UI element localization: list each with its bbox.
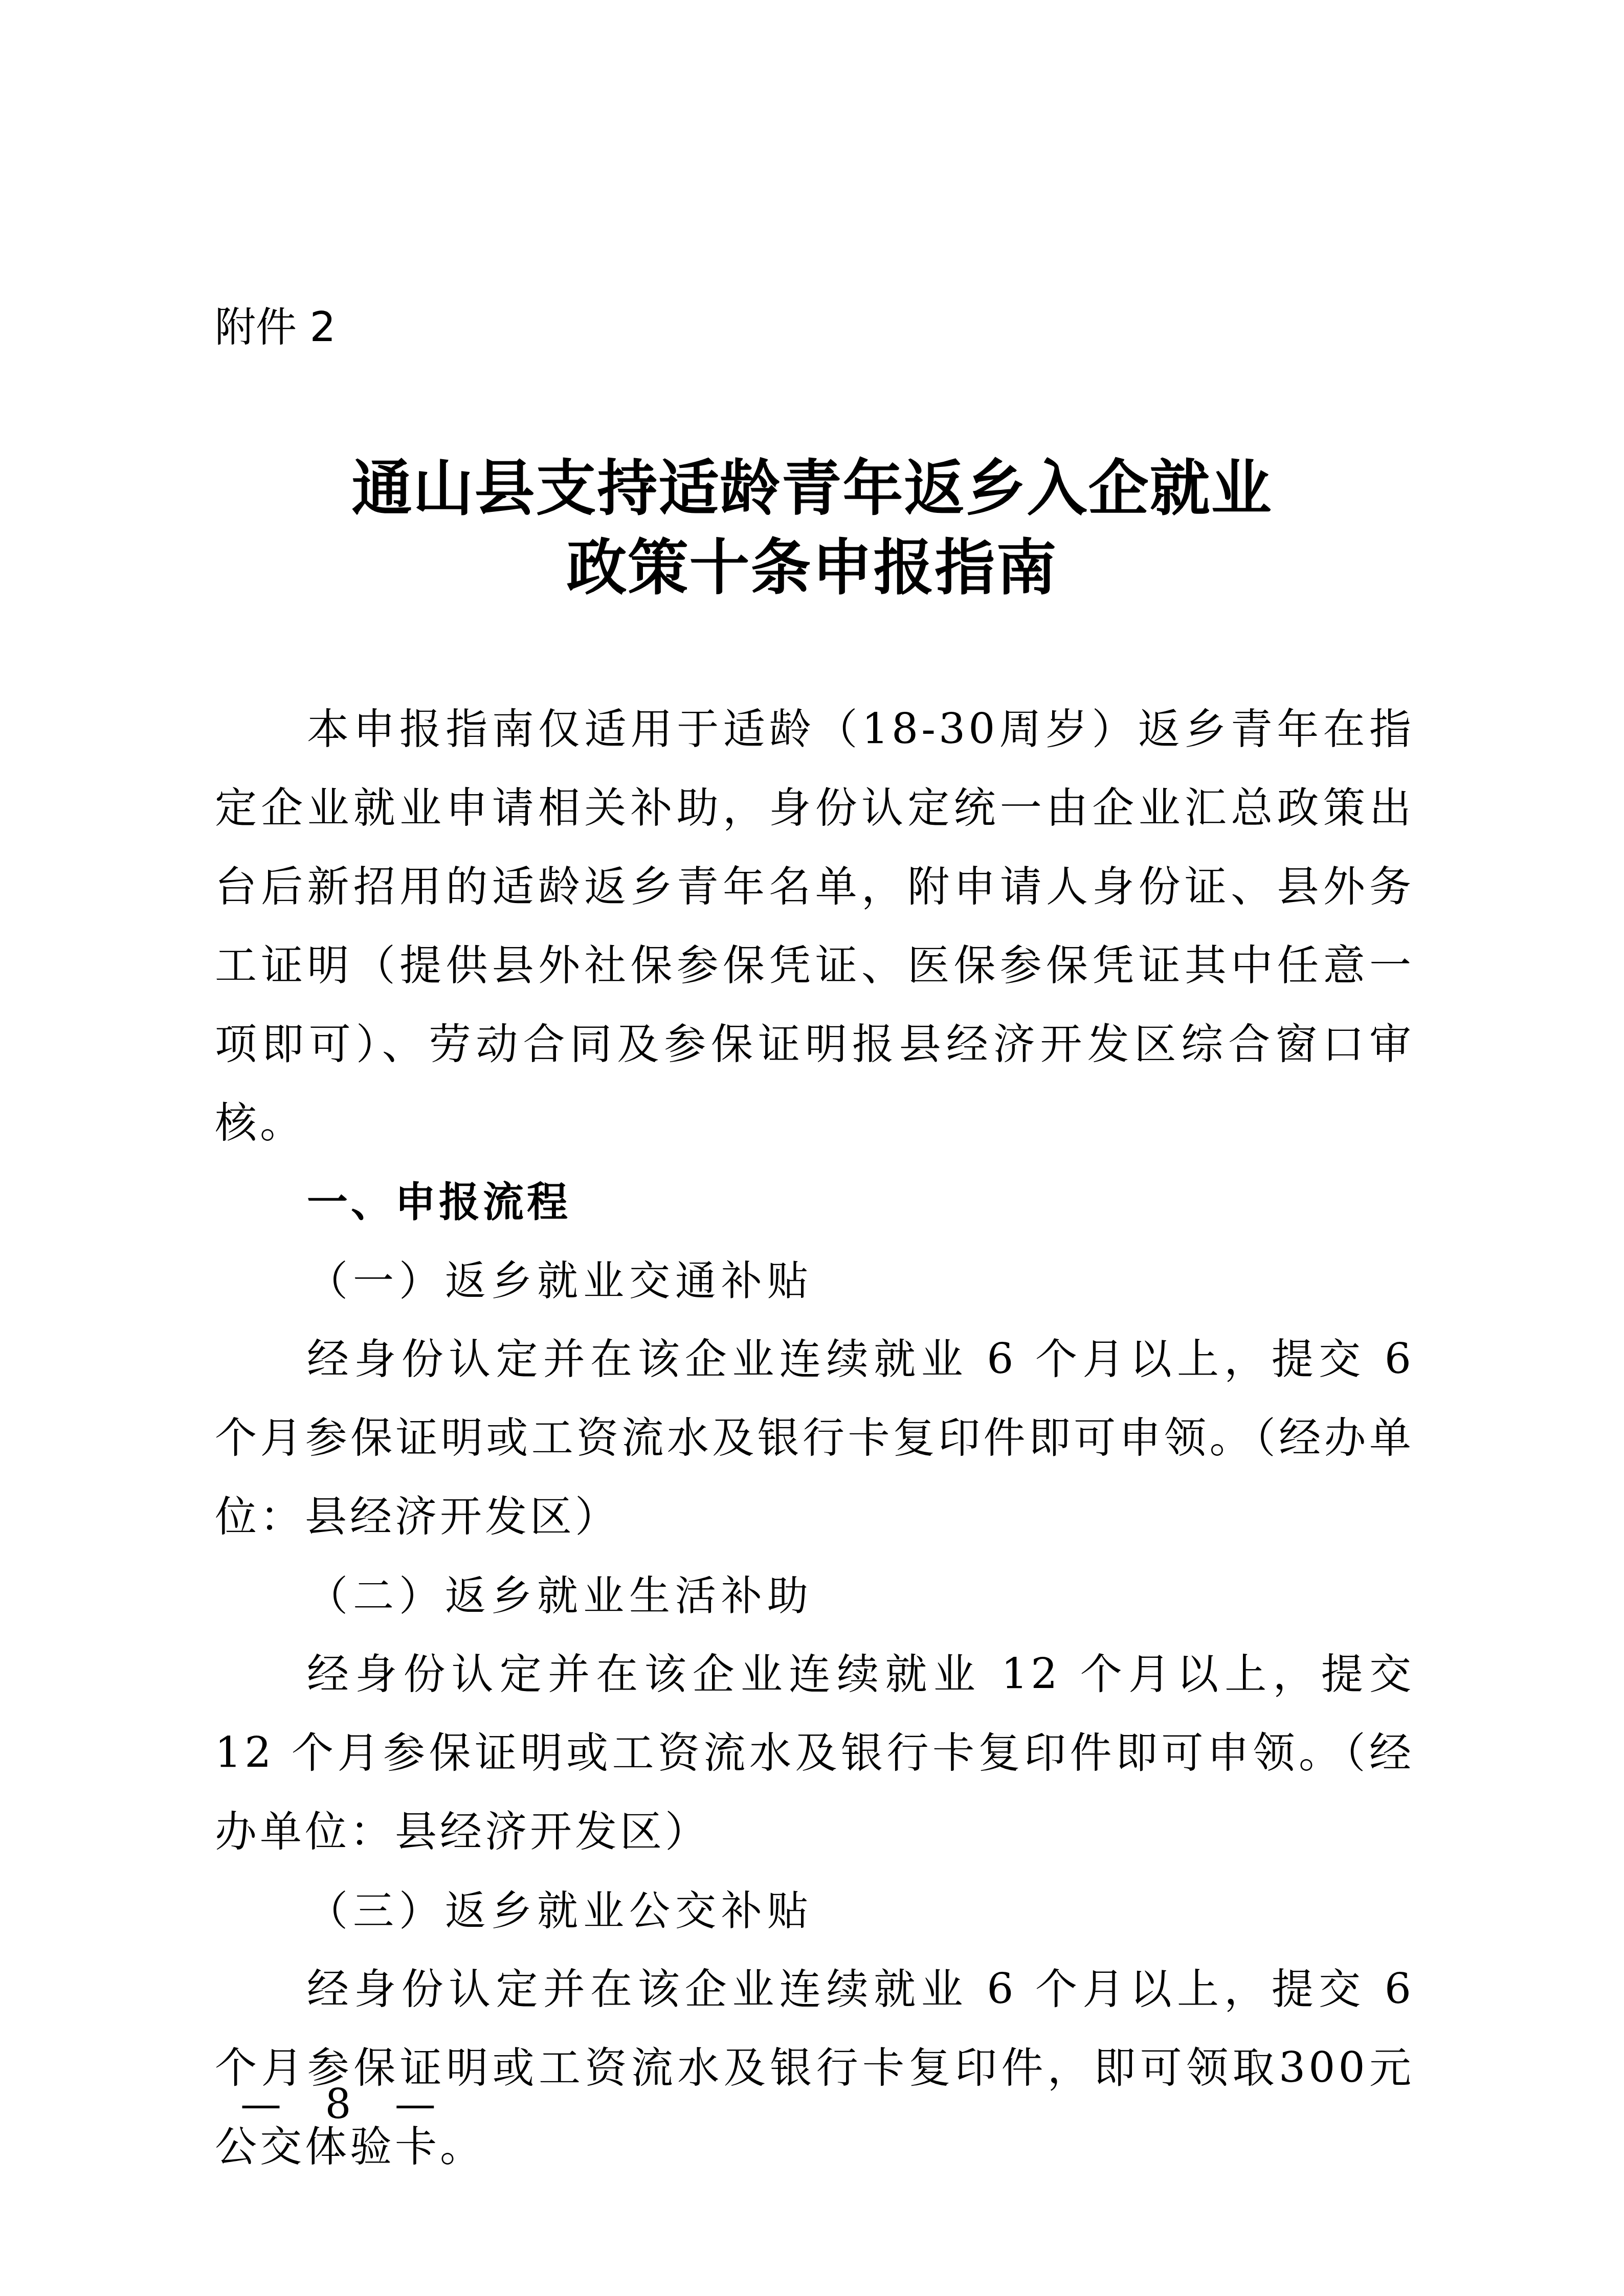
subsection-paragraph: 经身份认定并在该企业连续就业 6 个月以上，提交 6 个月参保证明或工资流水及银… bbox=[215, 1950, 1414, 2187]
subsection-paragraph: 经身份认定并在该企业连续就业 12 个月以上，提交 12 个月参保证明或工资流水… bbox=[215, 1635, 1414, 1872]
subsection-paragraph: 经身份认定并在该企业连续就业 6 个月以上，提交 6 个月参保证明或工资流水及银… bbox=[215, 1320, 1414, 1557]
document-title-line-1: 通山县支持适龄青年返乡入企就业 bbox=[0, 450, 1624, 527]
attachment-label: 附件 2 bbox=[215, 299, 336, 355]
subsection-heading: （三）返乡就业公交补贴 bbox=[215, 1872, 1414, 1950]
page-number: — 8 — bbox=[240, 2076, 451, 2132]
document-page: 附件 2 通山县支持适龄青年返乡入企就业 政策十条申报指南 本申报指南仅适用于适… bbox=[0, 0, 1624, 2296]
document-title-line-2: 政策十条申报指南 bbox=[0, 529, 1624, 606]
section-heading: 一、申报流程 bbox=[215, 1163, 1414, 1242]
subsection-heading: （二）返乡就业生活补助 bbox=[215, 1557, 1414, 1635]
intro-paragraph: 本申报指南仅适用于适龄（18-30周岁）返乡青年在指定企业就业申请相关补助，身份… bbox=[215, 690, 1414, 1163]
document-body: 本申报指南仅适用于适龄（18-30周岁）返乡青年在指定企业就业申请相关补助，身份… bbox=[215, 690, 1414, 2187]
subsection-heading: （一）返乡就业交通补贴 bbox=[215, 1242, 1414, 1320]
